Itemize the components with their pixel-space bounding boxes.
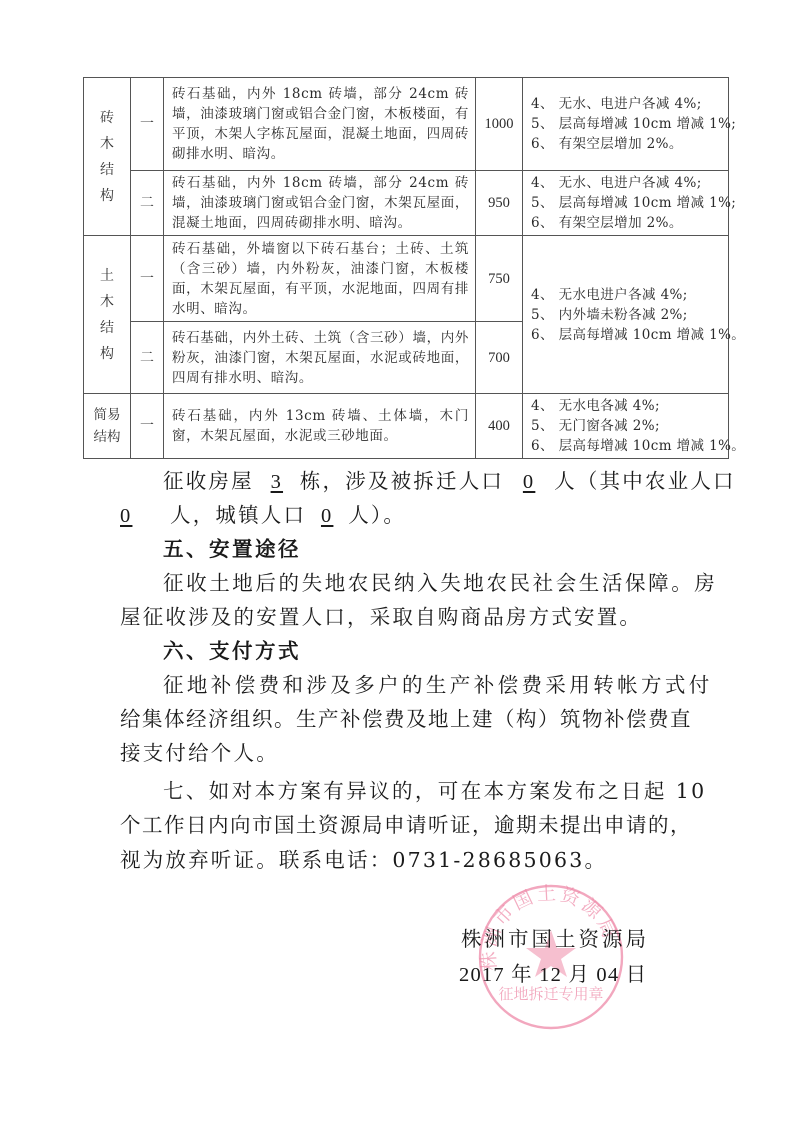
price-cell: 700 <box>476 322 523 394</box>
category-cell-brick-wood: 砖 木 结 构 <box>84 78 131 236</box>
grade-cell: 一 <box>131 236 164 322</box>
paragraph-line: 屋征收涉及的安置人口，采取自购商品房方式安置。 <box>120 600 642 630</box>
price-cell: 1000 <box>476 78 523 171</box>
table-row: 简易 结构 一 砖石基础，内外 13cm 砖墙、土体墙，木门窗，木架瓦屋面，水泥… <box>84 394 729 459</box>
section-heading-resettlement: 五、安置途径 <box>163 532 301 562</box>
table-row: 二 砖石基础，内外 18cm 砖墙，部分 24cm 砖墙，油漆玻璃门窗或铝合金门… <box>84 171 729 236</box>
document-page: 砖 木 结 构 一 砖石基础，内外 18cm 砖墙，部分 24cm 砖墙，油漆玻… <box>0 0 800 1130</box>
paragraph-line: 接支付给个人。 <box>120 736 279 766</box>
description-cell: 砖石基础，内外 13cm 砖墙、土体墙，木门窗，木架瓦屋面，水泥或三砂地面。 <box>164 394 476 459</box>
paragraph-line: 征地补偿费和涉及多户的生产补偿费采用转帐方式付 <box>163 668 713 698</box>
grade-cell: 一 <box>131 78 164 171</box>
description-cell: 砖石基础，内外 18cm 砖墙，部分 24cm 砖墙，油漆玻璃门窗或铝合金门窗，… <box>164 78 476 171</box>
paragraph-line: 给集体经济组织。生产补偿费及地上建（构）筑物补偿费直 <box>120 702 692 732</box>
grade-cell: 二 <box>131 171 164 236</box>
table-row: 土 木 结 构 一 砖石基础，外墙窗以下砖石基台；土砖、土筑（含三砂）墙，内外粉… <box>84 236 729 322</box>
grade-cell: 一 <box>131 394 164 459</box>
urban-population: 0 <box>306 505 348 528</box>
price-cell: 750 <box>476 236 523 322</box>
table-row: 砖 木 结 构 一 砖石基础，内外 18cm 砖墙，部分 24cm 砖墙，油漆玻… <box>84 78 729 171</box>
agricultural-population: 0 <box>120 505 170 528</box>
paragraph-line: 个工作日内向市国土资源局申请听证，逾期未提出申请的， <box>120 808 692 838</box>
paragraph-line: 征收土地后的失地农民纳入失地农民社会生活保障。房 <box>163 566 717 596</box>
adjustments-cell: 4、 无水、电进户各减 4%; 5、 层高每增减 10cm 增减 1%; 6、 … <box>523 78 729 171</box>
description-cell: 砖石基础，内外 18cm 砖墙，部分 24cm 砖墙，油漆玻璃门窗或铝合金门窗，… <box>164 171 476 236</box>
price-cell: 950 <box>476 171 523 236</box>
category-cell-simple: 简易 结构 <box>84 394 131 459</box>
building-standards-table: 砖 木 结 构 一 砖石基础，内外 18cm 砖墙，部分 24cm 砖墙，油漆玻… <box>83 77 729 459</box>
issuing-authority: 株洲市国土资源局 <box>461 922 649 952</box>
svg-text:征地拆迁专用章: 征地拆迁专用章 <box>498 985 603 1003</box>
paragraph-line: 视为放弃听证。联系电话：0731-28685063。 <box>120 843 607 873</box>
description-cell: 砖石基础，外墙窗以下砖石基台；土砖、土筑（含三砂）墙，内外粉灰，油漆门窗，木板楼… <box>164 236 476 322</box>
paragraph-line: 七、如对本方案有异议的，可在本方案发布之日起 10 <box>163 774 707 804</box>
grade-cell: 二 <box>131 322 164 394</box>
adjustments-cell: 4、 无水电进户各减 4%; 5、 内外墙未粉各减 2%; 6、 层高每增减 1… <box>523 236 729 394</box>
houses-statement-line-1: 征收房屋3栋，涉及被拆迁人口0人（其中农业人口 <box>163 464 736 494</box>
relocated-population: 0 <box>504 471 554 494</box>
adjustments-cell: 4、 无水、电进户各减 4%; 5、 层高每增减 10cm 增减 1%; 6、 … <box>523 171 729 236</box>
section-heading-payment: 六、支付方式 <box>163 634 301 664</box>
description-cell: 砖石基础，内外土砖、土筑（含三砂）墙，内外粉灰，油漆门窗，木架瓦屋面，水泥或砖地… <box>164 322 476 394</box>
issue-date: 2017 年 12 月 04 日 <box>459 957 647 987</box>
adjustments-cell: 4、 无水电各减 4%; 5、 无门窗各减 2%; 6、 层高每增减 10cm … <box>523 394 729 459</box>
category-cell-earth-wood: 土 木 结 构 <box>84 236 131 394</box>
buildings-count: 3 <box>254 471 300 494</box>
price-cell: 400 <box>476 394 523 459</box>
houses-statement-line-2: 0人，城镇人口0人）。 <box>120 498 406 528</box>
